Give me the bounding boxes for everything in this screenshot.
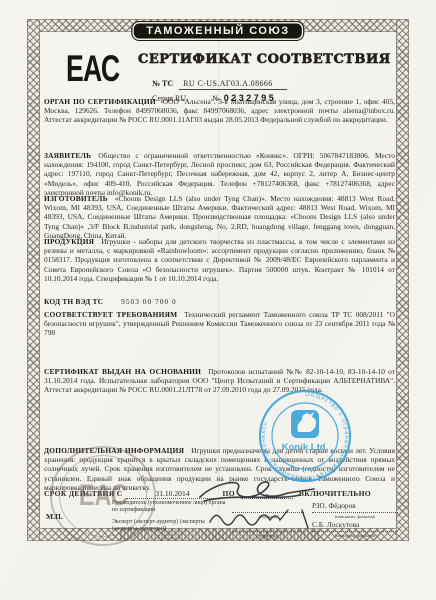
certificate-number-label: № ТС xyxy=(152,79,173,88)
eac-stamp-letters: ЕАС xyxy=(79,479,128,513)
head-signature-scrawl xyxy=(196,475,346,509)
section-label: ОРГАН ПО СЕРТИФИКАЦИИ xyxy=(44,97,156,106)
expert-signature-scrawl xyxy=(206,506,326,532)
section-certification-body: ОРГАН ПО СЕРТИФИКАЦИИООО "Альсена". 3-я … xyxy=(44,97,395,125)
section-label: ИЗГОТОВИТЕЛЬ xyxy=(44,194,108,203)
border-right xyxy=(396,19,409,541)
konik-stamp: Общество с ограниченной ответственностью… xyxy=(257,388,353,484)
eac-round-stamp: ЕАС xyxy=(50,446,156,546)
section-product: ПРОДУКЦИЯИгрушки - наборы для детского т… xyxy=(44,237,395,283)
section-text: Общество с ограниченной ответственностью… xyxy=(44,151,395,197)
section-manufacturer: ИЗГОТОВИТЕЛЬ«Choons Design LLS (also und… xyxy=(44,194,395,240)
customs-union-banner: ТАМОЖЕННЫЙ СОЮЗ xyxy=(132,22,303,40)
section-label: СООТВЕТСТВУЕТ ТРЕБОВАНИЯМ xyxy=(44,310,177,319)
mp-seal-label: М.П. xyxy=(46,512,63,521)
konik-stamp-company: Konik Ltd. xyxy=(282,442,328,453)
expert-name-caption: (инициалы, фамилия) xyxy=(312,533,398,540)
section-text: 9503 00 700 0 xyxy=(121,297,177,306)
certificate-number-row: № ТСRU C-US.АГ03.А.08666 xyxy=(152,79,287,88)
eac-mark-icon: ЕАС xyxy=(66,50,119,87)
section-label: СЕРТИФИКАТ ВЫДАН НА ОСНОВАНИИ xyxy=(44,367,201,376)
section-label: ЗАЯВИТЕЛЬ xyxy=(44,151,91,160)
section-requirements: СООТВЕТСТВУЕТ ТРЕБОВАНИЯМТехнический рег… xyxy=(44,310,395,338)
section-label: КОД ТН ВЭД ТС xyxy=(44,297,103,306)
certificate-page: ТАМОЖЕННЫЙ СОЮЗ ЕАС СЕРТИФИКАТ СООТВЕТСТ… xyxy=(0,0,436,600)
certificate-number-value: RU C-US.АГ03.А.08666 xyxy=(179,79,287,90)
border-left xyxy=(27,19,40,541)
section-label: ПРОДУКЦИЯ xyxy=(44,237,94,246)
section-hs-code: КОД ТН ВЭД ТС9503 00 700 0 xyxy=(44,297,395,306)
eac-round-stamp-inner: ЕАС xyxy=(59,455,147,537)
section-applicant: ЗАЯВИТЕЛЬОбщество с ограниченной ответст… xyxy=(44,151,395,197)
section-text: Игрушки - наборы для детского творчества… xyxy=(44,237,395,283)
certificate-title: СЕРТИФИКАТ СООТВЕТСТВИЯ xyxy=(138,52,338,67)
